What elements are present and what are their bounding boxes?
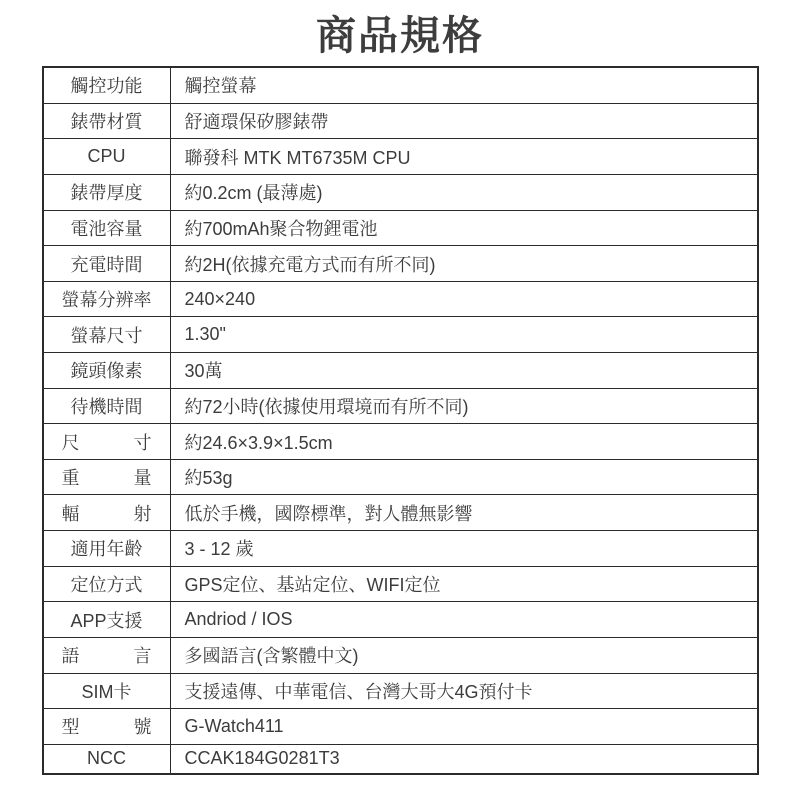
- spec-value: 約2H(依據充電方式而有所不同): [170, 246, 758, 282]
- table-row: 型 號 G-Watch411: [43, 709, 758, 745]
- table-row: 定位方式 GPS定位、基站定位、WIFI定位: [43, 566, 758, 602]
- spec-value: CCAK184G0281T3: [170, 744, 758, 774]
- spec-value: 觸控螢幕: [170, 67, 758, 103]
- spec-value: 約53g: [170, 459, 758, 495]
- spec-label: APP支援: [43, 602, 171, 638]
- spec-label: 鏡頭像素: [43, 353, 171, 389]
- spec-value: 240×240: [170, 281, 758, 317]
- spec-label: 電池容量: [43, 210, 171, 246]
- spec-value: 支援遠傳、中華電信、台灣大哥大4G預付卡: [170, 673, 758, 709]
- table-row: 電池容量 約700mAh聚合物鋰電池: [43, 210, 758, 246]
- table-row: 適用年齡 3 - 12 歲: [43, 531, 758, 567]
- spec-value: 約0.2cm (最薄處): [170, 174, 758, 210]
- spec-value: GPS定位、基站定位、WIFI定位: [170, 566, 758, 602]
- page-title: 商品規格: [0, 0, 800, 60]
- table-row: NCC CCAK184G0281T3: [43, 744, 758, 774]
- table-row: SIM卡 支援遠傳、中華電信、台灣大哥大4G預付卡: [43, 673, 758, 709]
- spec-label: 待機時間: [43, 388, 171, 424]
- spec-label: 型 號: [43, 709, 171, 745]
- spec-value: 約700mAh聚合物鋰電池: [170, 210, 758, 246]
- table-row: 鏡頭像素 30萬: [43, 353, 758, 389]
- spec-label: 適用年齡: [43, 531, 171, 567]
- spec-label: 錶帶厚度: [43, 174, 171, 210]
- spec-label: 重 量: [43, 459, 171, 495]
- spec-value: 3 - 12 歲: [170, 531, 758, 567]
- table-row: 錶帶材質 舒適環保矽膠錶帶: [43, 103, 758, 139]
- spec-label: 定位方式: [43, 566, 171, 602]
- table-row: 螢幕尺寸 1.30": [43, 317, 758, 353]
- spec-label: 充電時間: [43, 246, 171, 282]
- spec-label: 觸控功能: [43, 67, 171, 103]
- spec-label: 螢幕分辨率: [43, 281, 171, 317]
- table-row: 語 言 多國語言(含繁體中文): [43, 637, 758, 673]
- table-row: 重 量 約53g: [43, 459, 758, 495]
- spec-value: Andriod / IOS: [170, 602, 758, 638]
- spec-value: 低於手機，國際標準，對人體無影響: [170, 495, 758, 531]
- spec-value: 聯發科 MTK MT6735M CPU: [170, 139, 758, 175]
- spec-value: 約72小時(依據使用環境而有所不同): [170, 388, 758, 424]
- spec-value: 約24.6×3.9×1.5cm: [170, 424, 758, 460]
- spec-label: 語 言: [43, 637, 171, 673]
- spec-label: 螢幕尺寸: [43, 317, 171, 353]
- spec-label: CPU: [43, 139, 171, 175]
- product-spec-page: 商品規格 觸控功能 觸控螢幕 錶帶材質 舒適環保矽膠錶帶 CPU 聯發科 MTK…: [0, 0, 800, 800]
- spec-value: 1.30": [170, 317, 758, 353]
- spec-label: NCC: [43, 744, 171, 774]
- table-row: 充電時間 約2H(依據充電方式而有所不同): [43, 246, 758, 282]
- spec-value: G-Watch411: [170, 709, 758, 745]
- spec-label: SIM卡: [43, 673, 171, 709]
- spec-label: 尺 寸: [43, 424, 171, 460]
- table-row: 觸控功能 觸控螢幕: [43, 67, 758, 103]
- spec-label: 輻 射: [43, 495, 171, 531]
- spec-label: 錶帶材質: [43, 103, 171, 139]
- spec-table: 觸控功能 觸控螢幕 錶帶材質 舒適環保矽膠錶帶 CPU 聯發科 MTK MT67…: [42, 66, 759, 775]
- spec-value: 舒適環保矽膠錶帶: [170, 103, 758, 139]
- table-row: 輻 射 低於手機，國際標準，對人體無影響: [43, 495, 758, 531]
- table-row: APP支援 Andriod / IOS: [43, 602, 758, 638]
- table-row: 錶帶厚度 約0.2cm (最薄處): [43, 174, 758, 210]
- table-row: 螢幕分辨率 240×240: [43, 281, 758, 317]
- spec-table-body: 觸控功能 觸控螢幕 錶帶材質 舒適環保矽膠錶帶 CPU 聯發科 MTK MT67…: [43, 67, 758, 774]
- table-row: CPU 聯發科 MTK MT6735M CPU: [43, 139, 758, 175]
- spec-value: 30萬: [170, 353, 758, 389]
- table-row: 尺 寸 約24.6×3.9×1.5cm: [43, 424, 758, 460]
- spec-value: 多國語言(含繁體中文): [170, 637, 758, 673]
- table-row: 待機時間 約72小時(依據使用環境而有所不同): [43, 388, 758, 424]
